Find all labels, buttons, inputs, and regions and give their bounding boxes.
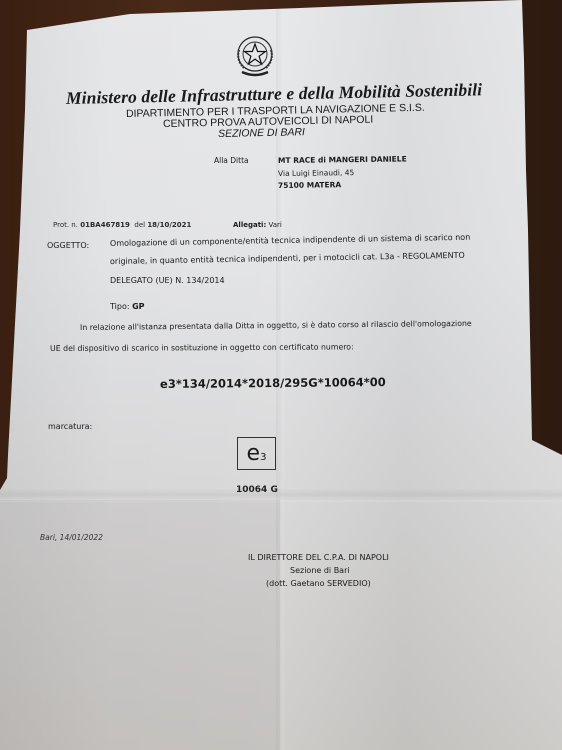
subject-type: Tipo: GP (110, 302, 145, 311)
recipient-city: 75100 MATERA (278, 180, 341, 190)
place-date: Bari, 14/01/2022 (40, 533, 103, 542)
protocol-prefix: Prot. n. (53, 221, 78, 229)
attachments-value: Vari (268, 221, 281, 229)
protocol-date-prefix: del (134, 221, 145, 229)
signatory-name: (dott. Gaetano SERVEDIO) (266, 579, 371, 588)
recipient-street: Via Luigi Einaudi, 45 (278, 168, 354, 178)
section-name: SEZIONE DI BARI (218, 126, 305, 140)
italian-republic-emblem-icon (232, 32, 278, 80)
type-label: Tipo: (110, 302, 130, 311)
subject-line: DELEGATO (UE) N. 134/2014 (110, 276, 225, 285)
signatory-title: IL DIRETTORE DEL C.P.A. DI NAPOLI (248, 553, 389, 562)
signatory-section: Sezione di Bari (290, 566, 350, 575)
e-mark-letter: e (247, 443, 261, 465)
body-line: UE del dispositivo di scarico in sostitu… (50, 342, 354, 353)
e-mark-symbol: e 3 (237, 437, 276, 470)
protocol-number: 01BA467819 (80, 221, 130, 229)
marking-code: 10064 G (236, 485, 278, 495)
attachments-label: Allegati: (233, 221, 266, 229)
subject-label: OGGETTO: (47, 241, 89, 250)
recipient-label: Alla Ditta (214, 156, 249, 165)
protocol-line: Prot. n. 01BA467819 del 18/10/2021 (53, 221, 191, 229)
recipient-name: MT RACE di MANGERI DANIELE (278, 154, 407, 165)
subject-line: originale, in quanto entità tecnica indi… (110, 251, 465, 266)
attachments: Allegati: Vari (233, 221, 282, 229)
subject-line: Omologazione di un componente/entità tec… (110, 233, 470, 248)
marking-label: marcatura: (48, 422, 92, 431)
e-mark-number: 3 (260, 452, 266, 463)
protocol-date: 18/10/2021 (147, 221, 191, 229)
certificate-number: e3*134/2014*2018/295G*10064*00 (160, 375, 386, 391)
document-paper: Ministero delle Infrastrutture e della M… (0, 0, 562, 750)
type-value: GP (132, 302, 144, 311)
